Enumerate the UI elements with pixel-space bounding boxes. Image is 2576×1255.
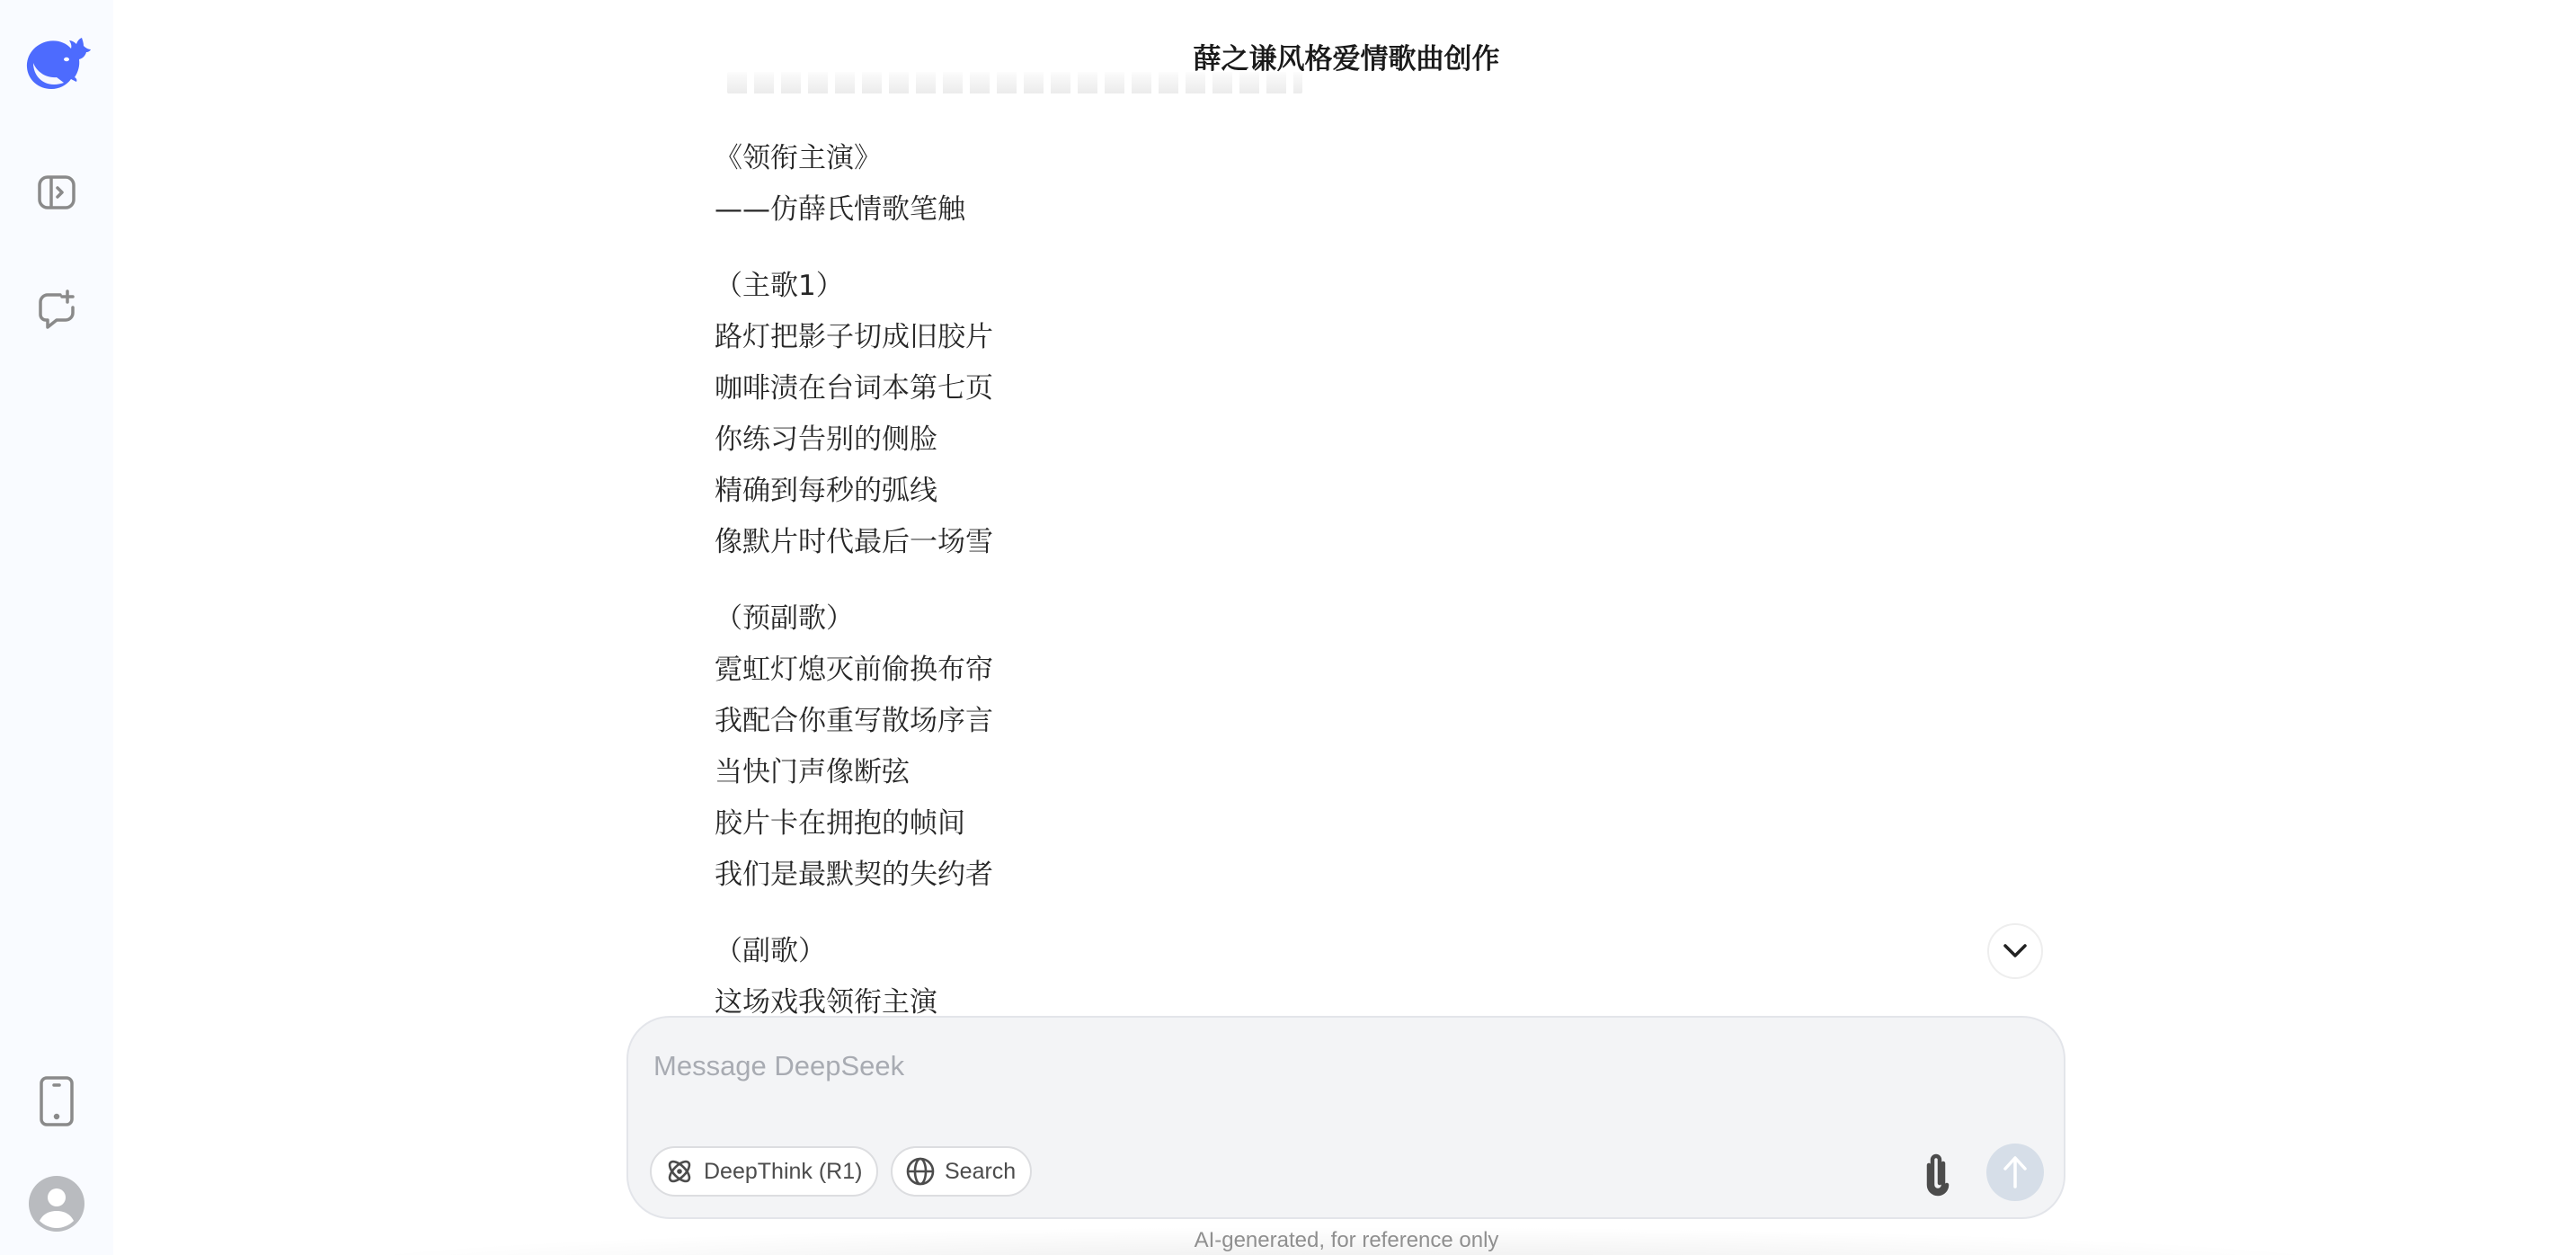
section-label-verse1: （主歌1） (715, 261, 993, 312)
scroll-to-bottom-button[interactable] (1987, 923, 2043, 979)
globe-icon (905, 1156, 936, 1187)
song-title: 《领衔主演》 (715, 133, 993, 184)
send-button[interactable] (1986, 1144, 2044, 1201)
atom-icon (664, 1156, 695, 1187)
lyric-line: 我配合你重写散场序言 (715, 696, 993, 747)
section-label-chorus: （副歌） (715, 926, 993, 977)
message-area[interactable]: 《领衔主演》 ——仿薛氏情歌笔触 （主歌1） 路灯把影子切成旧胶片 咖啡渍在台词… (715, 54, 2063, 1016)
message-input[interactable] (653, 1039, 2039, 1093)
attach-file-button[interactable] (1918, 1151, 1958, 1197)
lyric-line: 精确到每秒的弧线 (715, 466, 993, 517)
section-label-pre-chorus: （预副歌） (715, 593, 993, 645)
lyric-line: 霓虹灯熄灭前偷换布帘 (715, 645, 993, 696)
search-toggle-button[interactable]: Search (891, 1146, 1032, 1197)
lyric-line: 像默片时代最后一场雪 (715, 517, 993, 568)
message-composer: DeepThink (R1) Search (626, 1016, 2065, 1219)
chat-title: 薛之谦风格爱情歌曲创作 (1194, 36, 1500, 76)
mobile-phone-icon[interactable] (35, 1074, 78, 1128)
lyric-line: 胶片卡在拥抱的帧间 (715, 798, 993, 850)
main-area: 薛之谦风格爱情歌曲创作 《领衔主演》 ——仿薛氏情歌笔触 （主歌1） 路灯把影子… (113, 0, 2576, 1255)
chevron-down-icon (2002, 942, 2029, 960)
lyric-line: 路灯把影子切成旧胶片 (715, 312, 993, 363)
sidebar-expand-icon[interactable] (35, 171, 78, 214)
lyric-line: 咖啡渍在台词本第七页 (715, 363, 993, 414)
arrow-up-icon (2002, 1154, 2029, 1190)
lyric-line: 当快门声像断弦 (715, 747, 993, 798)
lyric-line: 我们是最默契的失约者 (715, 850, 993, 901)
deepthink-toggle-button[interactable]: DeepThink (R1) (650, 1146, 878, 1197)
ai-disclaimer: AI-generated, for reference only (1195, 1228, 1499, 1253)
deepseek-logo-icon[interactable] (22, 32, 91, 90)
lyric-line: 你练习告别的侧脸 (715, 414, 993, 466)
new-chat-icon[interactable] (33, 286, 80, 333)
deepthink-label: DeepThink (R1) (704, 1159, 862, 1185)
paperclip-icon (1923, 1151, 1952, 1197)
sidebar (0, 0, 113, 1255)
lyric-line: 这场戏我领衔主演 (715, 977, 993, 1016)
song-subtitle: ——仿薛氏情歌笔触 (715, 184, 993, 236)
search-label: Search (945, 1159, 1016, 1185)
assistant-message: 《领衔主演》 ——仿薛氏情歌笔触 （主歌1） 路灯把影子切成旧胶片 咖啡渍在台词… (715, 133, 993, 1016)
user-avatar-icon[interactable] (29, 1176, 84, 1232)
chat-header: 薛之谦风格爱情歌曲创作 (113, 0, 2576, 97)
